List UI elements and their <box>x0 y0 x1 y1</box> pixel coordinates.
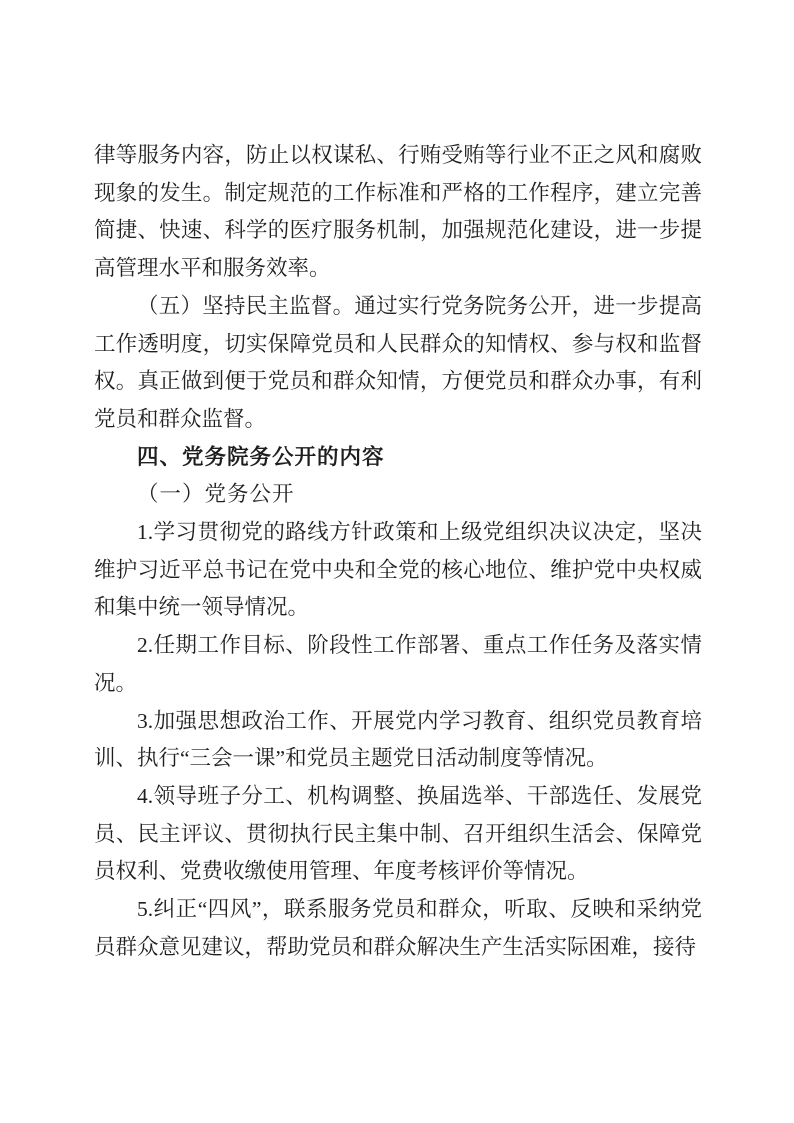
numbered-item-3: 3.加强思想政治工作、开展党内学习教育、组织党员教育培训、执行“三会一课”和党员… <box>94 703 702 778</box>
paragraph-democratic-supervision: （五）坚持民主监督。通过实行党务院务公开，进一步提高工作透明度，切实保障党员和人… <box>94 288 702 439</box>
numbered-item-5: 5.纠正“四风”，联系服务党员和群众，听取、反映和采纳党员群众意见建议，帮助党员… <box>94 891 702 966</box>
numbered-item-1: 1.学习贯彻党的路线方针政策和上级党组织决议决定，坚决维护习近平总书记在党中央和… <box>94 514 702 627</box>
section-heading: 四、党务院务公开的内容 <box>94 439 702 477</box>
document-page: 律等服务内容，防止以权谋私、行贿受贿等行业不正之风和腐败现象的发生。制定规范的工… <box>0 0 794 1123</box>
numbered-item-2: 2.任期工作目标、阶段性工作部署、重点工作任务及落实情况。 <box>94 627 702 702</box>
numbered-item-4: 4.领导班子分工、机构调整、换届选举、干部选任、发展党员、民主评议、贯彻执行民主… <box>94 778 702 891</box>
document-text-block: 律等服务内容，防止以权谋私、行贿受贿等行业不正之风和腐败现象的发生。制定规范的工… <box>94 137 702 966</box>
subsection-heading: （一）党务公开 <box>94 476 702 514</box>
paragraph-continuation: 律等服务内容，防止以权谋私、行贿受贿等行业不正之风和腐败现象的发生。制定规范的工… <box>94 137 702 288</box>
